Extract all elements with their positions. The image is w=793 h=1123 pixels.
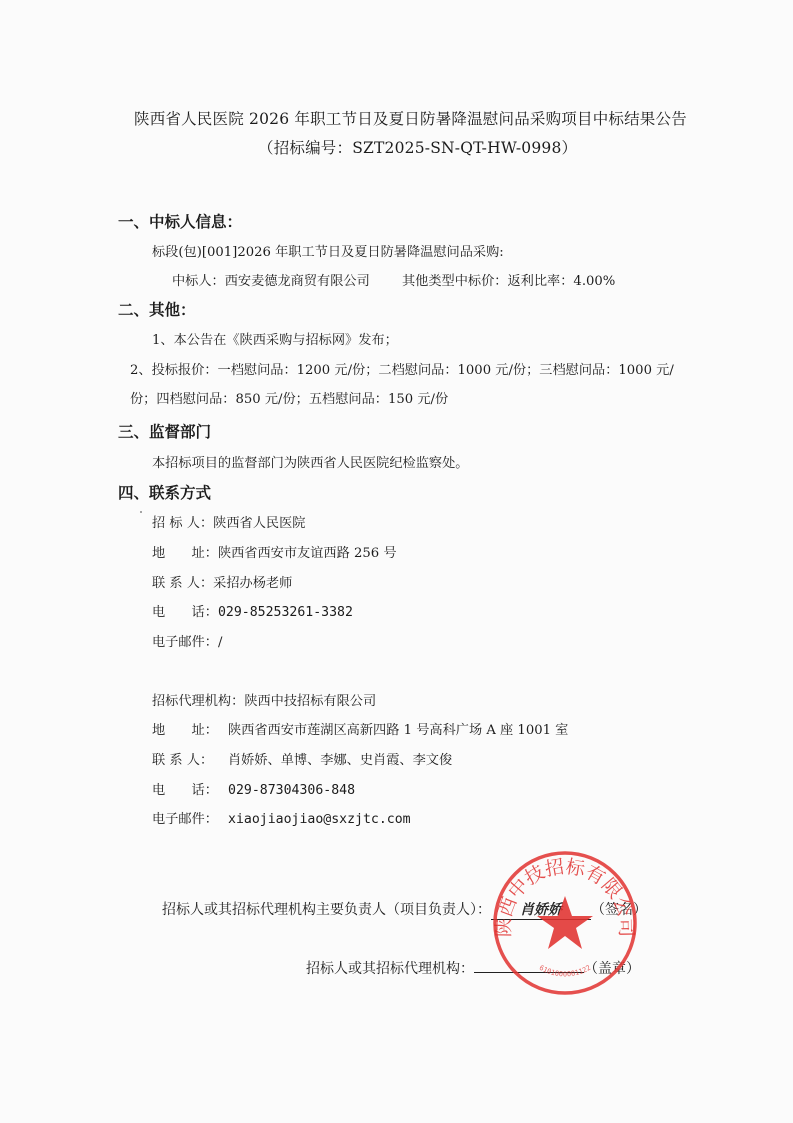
tenderer-email-label: 电子邮件：	[152, 635, 218, 650]
agency-contact-row: 联 系 人：肖娇娇、单博、李娜、史肖霞、李文俊	[152, 749, 452, 768]
tenderer-address-row: 地 址：陕西省西安市友谊西路 256 号	[152, 542, 397, 561]
tenderer-phone-label: 电 话：	[152, 605, 218, 620]
section-heading-other: 二、其他：	[118, 298, 196, 320]
other-item-2-line2: 份；四档慰问品：850 元/份；五档慰问品：150 元/份	[130, 388, 448, 407]
agency-name-row: 招标代理机构：陕西中技招标有限公司	[152, 690, 376, 709]
tenderer-phone-row: 电 话：029-85253261-3382	[152, 601, 353, 620]
agency-contact: 肖娇娇、单博、李娜、史肖霞、李文俊	[228, 753, 452, 768]
tenderer-name-label: 招 标 人：	[152, 516, 213, 531]
tenderer-contact: 采招办杨老师	[213, 576, 292, 591]
agency-email-label: 电子邮件：	[152, 808, 228, 827]
price-row: 其他类型中标价：返利比率：4.00%	[402, 270, 615, 289]
agency-email: xiaojiaojiao@sxzjtc.com	[228, 812, 411, 827]
scan-speck	[140, 511, 142, 513]
winner-name: 西安麦德龙商贸有限公司	[225, 274, 370, 289]
price-label: 其他类型中标价：	[402, 274, 508, 289]
lot-description: 标段(包)[001]2026 年职工节日及夏日防暑降温慰问品采购:	[152, 241, 504, 260]
supervision-text: 本招标项目的监督部门为陕西省人民医院纪检监察处。	[152, 452, 469, 471]
tenderer-contact-label: 联 系 人：	[152, 576, 213, 591]
tenderer-address-label: 地 址：	[152, 546, 218, 561]
seal-label: 招标人或其招标代理机构：	[306, 961, 474, 977]
agency-phone-label: 电 话：	[152, 779, 228, 798]
tenderer-contact-row: 联 系 人：采招办杨老师	[152, 572, 292, 591]
agency-email-row: 电子邮件：xiaojiaojiao@sxzjtc.com	[152, 808, 411, 827]
svg-text:6101000001122: 6101000001122	[538, 964, 592, 979]
tenderer-name: 陕西省人民医院	[213, 516, 305, 531]
price-value: 返利比率：4.00%	[508, 274, 616, 289]
agency-address: 陕西省西安市莲湖区高新四路 1 号高科广场 A 座 1001 室	[228, 723, 568, 738]
winner-label: 中标人：	[172, 274, 225, 289]
company-seal-stamp-icon: 陕西中技招标有限公司 6101000001122	[490, 848, 640, 998]
agency-address-label: 地 址：	[152, 719, 228, 738]
other-item-2-line1: 2、投标报价：一档慰问品：1200 元/份；二档慰问品：1000 元/份；三档慰…	[130, 359, 674, 378]
agency-address-row: 地 址：陕西省西安市莲湖区高新四路 1 号高科广场 A 座 1001 室	[152, 719, 568, 738]
document-page: 陕西省人民医院 2026 年职工节日及夏日防暑降温慰问品采购项目中标结果公告 （…	[0, 0, 793, 1123]
tenderer-phone: 029-85253261-3382	[218, 605, 353, 620]
tenderer-email-row: 电子邮件：/	[152, 631, 222, 650]
document-title: 陕西省人民医院 2026 年职工节日及夏日防暑降温慰问品采购项目中标结果公告	[134, 107, 687, 129]
section-heading-contact: 四、联系方式	[118, 481, 211, 503]
other-item-1: 1、本公告在《陕西采购与招标网》发布；	[152, 329, 398, 348]
winner-row: 中标人：西安麦德龙商贸有限公司	[172, 270, 370, 289]
signature-label: 招标人或其招标代理机构主要负责人（项目负责人）：	[162, 902, 491, 918]
agency-phone-row: 电 话：029-87304306-848	[152, 779, 355, 798]
agency-phone: 029-87304306-848	[228, 783, 355, 798]
tenderer-address: 陕西省西安市友谊西路 256 号	[218, 546, 397, 561]
tenderer-name-row: 招 标 人：陕西省人民医院	[152, 512, 305, 531]
document-subtitle: （招标编号：SZT2025-SN-QT-HW-0998）	[258, 136, 577, 158]
section-heading-winner-info: 一、中标人信息：	[118, 210, 242, 232]
agency-name: 陕西中技招标有限公司	[244, 694, 376, 709]
tenderer-email: /	[218, 635, 222, 650]
agency-name-label: 招标代理机构：	[152, 694, 244, 709]
section-heading-supervision: 三、监督部门	[118, 420, 211, 442]
agency-contact-label: 联 系 人：	[152, 749, 228, 768]
